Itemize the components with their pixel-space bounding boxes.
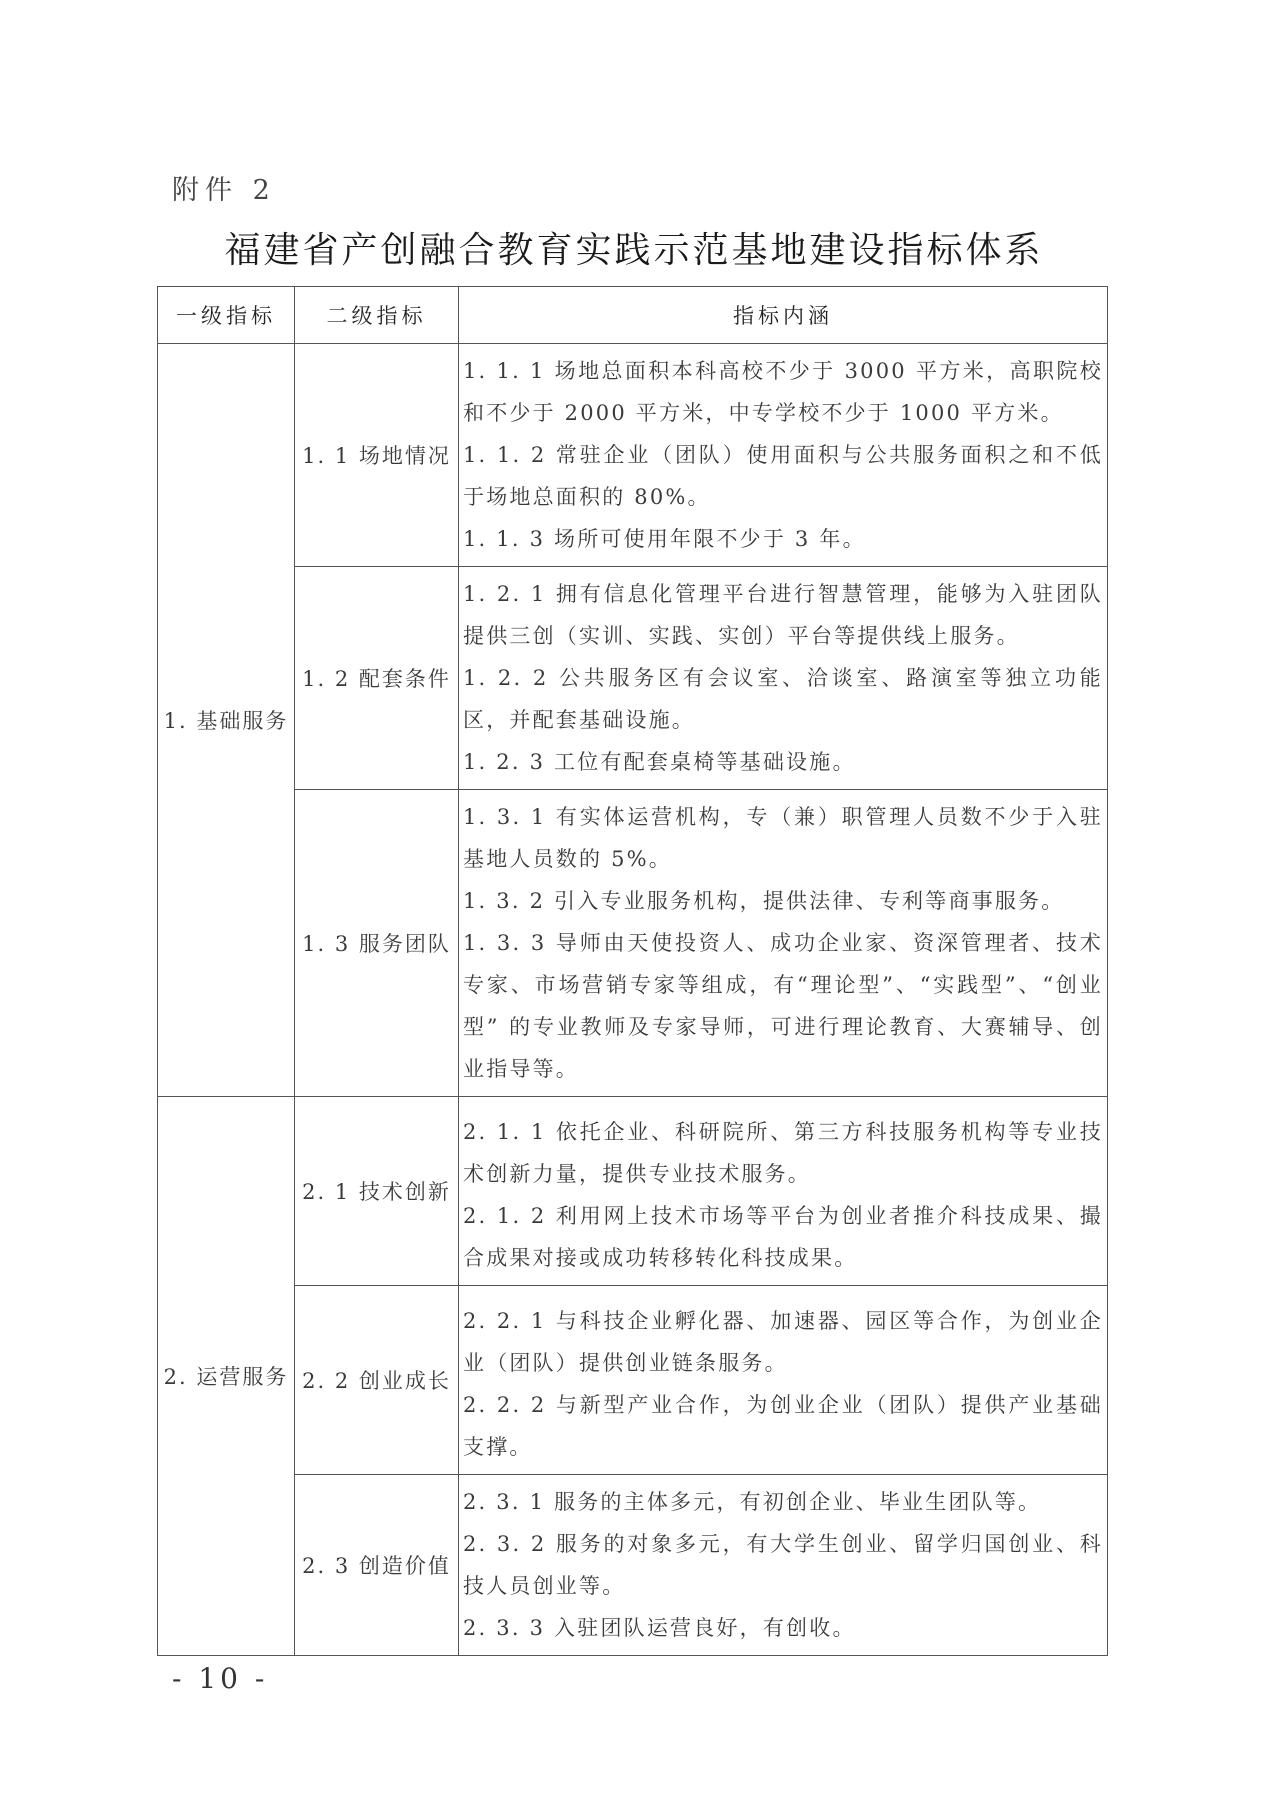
level2-cell: 2. 2 创业成长: [295, 1286, 459, 1475]
table-row: 2. 运营服务 2. 1 技术创新 2. 1. 1 依托企业、科研院所、第三方科…: [158, 1097, 1108, 1286]
content-cell: 2. 3. 1 服务的主体多元，有初创企业、毕业生团队等。 2. 3. 2 服务…: [459, 1475, 1108, 1656]
indicator-item: 1. 1. 2 常驻企业（团队）使用面积与公共服务面积之和不低于场地总面积的 8…: [463, 434, 1103, 518]
indicator-item: 1. 1. 3 场所可使用年限不少于 3 年。: [463, 518, 1103, 560]
document-title: 福建省产创融合教育实践示范基地建设指标体系: [0, 222, 1268, 273]
table-row: 1. 2 配套条件 1. 2. 1 拥有信息化管理平台进行智慧管理，能够为入驻团…: [158, 567, 1108, 790]
indicator-item: 2. 2. 2 与新型产业合作，为创业企业（团队）提供产业基础支撑。: [463, 1384, 1103, 1468]
indicator-item: 2. 2. 1 与科技企业孵化器、加速器、园区等合作，为创业企业（团队）提供创业…: [463, 1300, 1103, 1384]
header-level2: 二级指标: [295, 287, 459, 344]
indicator-table: 一级指标 二级指标 指标内涵 1. 基础服务 1. 1 场地情况 1. 1. 1…: [157, 286, 1108, 1656]
table-row: 2. 2 创业成长 2. 2. 1 与科技企业孵化器、加速器、园区等合作，为创业…: [158, 1286, 1108, 1475]
table-row: 2. 3 创造价值 2. 3. 1 服务的主体多元，有初创企业、毕业生团队等。 …: [158, 1475, 1108, 1656]
page-number: - 10 -: [172, 1662, 268, 1695]
indicator-item: 1. 3. 1 有实体运营机构，专（兼）职管理人员数不少于入驻基地人员数的 5%…: [463, 796, 1103, 880]
header-content: 指标内涵: [459, 287, 1108, 344]
content-cell: 1. 3. 1 有实体运营机构，专（兼）职管理人员数不少于入驻基地人员数的 5%…: [459, 790, 1108, 1097]
header-level1: 一级指标: [158, 287, 295, 344]
level2-cell: 1. 3 服务团队: [295, 790, 459, 1097]
indicator-item: 1. 2. 1 拥有信息化管理平台进行智慧管理，能够为入驻团队提供三创（实训、实…: [463, 573, 1103, 657]
table-row: 1. 基础服务 1. 1 场地情况 1. 1. 1 场地总面积本科高校不少于 3…: [158, 344, 1108, 567]
indicator-item: 2. 1. 2 利用网上技术市场等平台为创业者推介科技成果、撮合成果对接或成功转…: [463, 1195, 1103, 1279]
indicator-item: 2. 3. 1 服务的主体多元，有初创企业、毕业生团队等。: [463, 1481, 1103, 1523]
indicator-item: 2. 1. 1 依托企业、科研院所、第三方科技服务机构等专业技术创新力量，提供专…: [463, 1111, 1103, 1195]
table-header-row: 一级指标 二级指标 指标内涵: [158, 287, 1108, 344]
level1-cell: 2. 运营服务: [158, 1097, 295, 1656]
indicator-item: 2. 3. 2 服务的对象多元，有大学生创业、留学归国创业、科技人员创业等。: [463, 1523, 1103, 1607]
level2-cell: 1. 1 场地情况: [295, 344, 459, 567]
table-row: 1. 3 服务团队 1. 3. 1 有实体运营机构，专（兼）职管理人员数不少于入…: [158, 790, 1108, 1097]
level2-cell: 2. 1 技术创新: [295, 1097, 459, 1286]
level2-cell: 2. 3 创造价值: [295, 1475, 459, 1656]
indicator-item: 2. 3. 3 入驻团队运营良好，有创收。: [463, 1607, 1103, 1649]
indicator-item: 1. 3. 3 导师由天使投资人、成功企业家、资深管理者、技术专家、市场营销专家…: [463, 922, 1103, 1090]
indicator-item: 1. 2. 2 公共服务区有会议室、洽谈室、路演室等独立功能区，并配套基础设施。: [463, 657, 1103, 741]
content-cell: 1. 1. 1 场地总面积本科高校不少于 3000 平方米，高职院校和不少于 2…: [459, 344, 1108, 567]
content-cell: 2. 2. 1 与科技企业孵化器、加速器、园区等合作，为创业企业（团队）提供创业…: [459, 1286, 1108, 1475]
attachment-label: 附件 2: [172, 168, 276, 207]
indicator-item: 1. 2. 3 工位有配套桌椅等基础设施。: [463, 741, 1103, 783]
level1-cell: 1. 基础服务: [158, 344, 295, 1097]
level2-cell: 1. 2 配套条件: [295, 567, 459, 790]
indicator-item: 1. 3. 2 引入专业服务机构，提供法律、专利等商事服务。: [463, 880, 1103, 922]
content-cell: 1. 2. 1 拥有信息化管理平台进行智慧管理，能够为入驻团队提供三创（实训、实…: [459, 567, 1108, 790]
content-cell: 2. 1. 1 依托企业、科研院所、第三方科技服务机构等专业技术创新力量，提供专…: [459, 1097, 1108, 1286]
indicator-item: 1. 1. 1 场地总面积本科高校不少于 3000 平方米，高职院校和不少于 2…: [463, 350, 1103, 434]
